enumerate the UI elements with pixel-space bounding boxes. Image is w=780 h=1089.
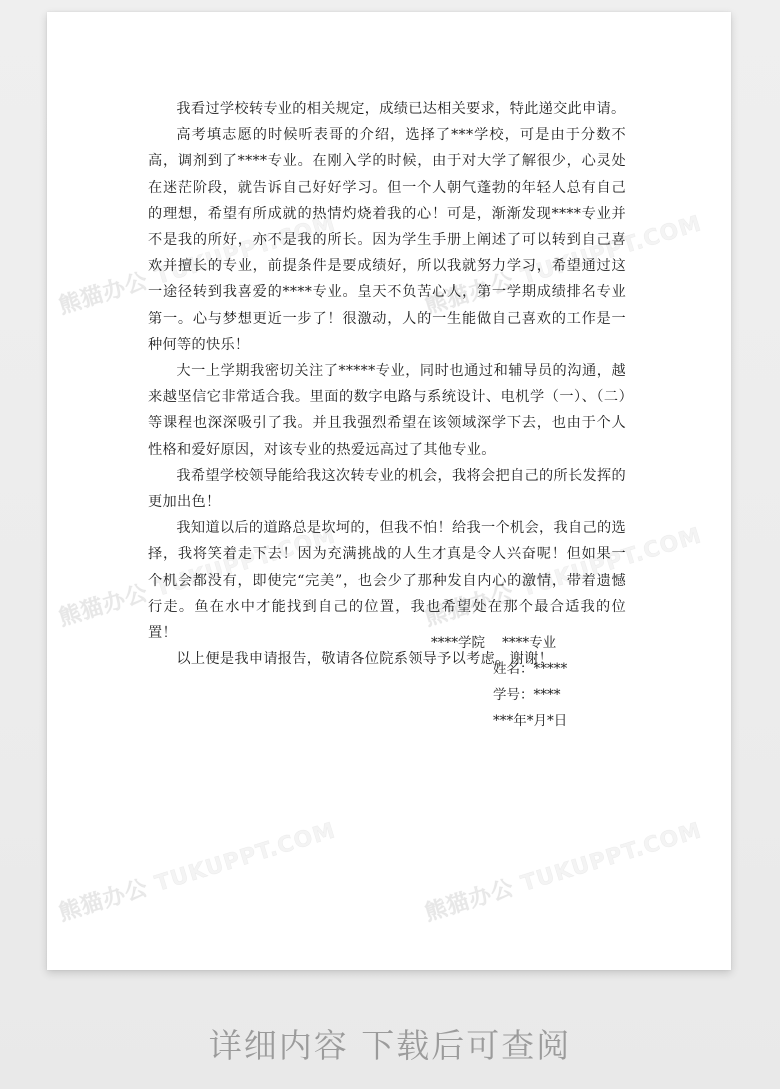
paragraph-background: 高考填志愿的时候听表哥的介绍，选择了***学校，可是由于分数不高，调剂到了***… <box>148 122 626 358</box>
paragraph-intro: 我看过学校转专业的相关规定，成绩已达相关要求，特此递交此申请。 <box>148 96 626 122</box>
letter-body: 我看过学校转专业的相关规定，成绩已达相关要求，特此递交此申请。 高考填志愿的时候… <box>148 96 626 672</box>
paragraph-determination: 我知道以后的道路总是坎坷的，但我不怕！给我一个机会，我自己的选择，我将笑着走下去… <box>148 515 626 646</box>
paragraph-request: 我希望学校领导能给我这次转专业的机会，我将会把自己的所长发挥的更加出色！ <box>148 463 626 515</box>
signature-name: 姓名：***** <box>493 657 567 677</box>
signature-student-id: 学号：**** <box>493 683 561 703</box>
watermark: 熊猫办公 TUKUPPT.COM <box>54 813 339 927</box>
download-caption: 详细内容 下载后可查阅 <box>0 1020 780 1067</box>
watermark: 熊猫办公 TUKUPPT.COM <box>420 813 705 927</box>
signature-college-major: ****学院 ****专业 <box>431 631 556 651</box>
signature-date: ***年*月*日 <box>493 709 567 729</box>
paragraph-interest: 大一上学期我密切关注了*****专业，同时也通过和辅导员的沟通，越来越坚信它非常… <box>148 358 626 463</box>
document-page: 熊猫办公 TUKUPPT.COM 熊猫办公 TUKUPPT.COM 熊猫办公 T… <box>47 12 731 970</box>
